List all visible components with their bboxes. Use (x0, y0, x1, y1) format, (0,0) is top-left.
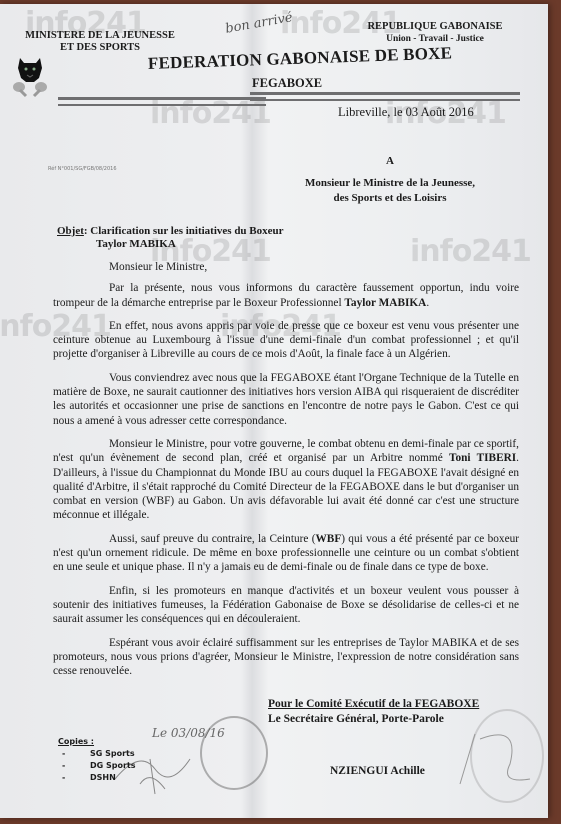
ministry-line-1: MINISTERE DE LA JEUNESSE (20, 30, 180, 42)
copies-block: Copies : -SG Sports -DG Sports -DSHN (58, 736, 136, 784)
copies-list: -SG Sports -DG Sports -DSHN (58, 748, 136, 784)
republic-name: REPUBLIQUE GABONAISE (355, 21, 515, 33)
salutation: Monsieur le Ministre, (53, 260, 519, 274)
federation-acronym: FEGABOXE (252, 76, 322, 91)
ministry-line-2: ET DES SPORTS (20, 42, 180, 54)
recipient-to: A (290, 154, 490, 169)
letter-body: Monsieur le Ministre, Par la présente, n… (53, 260, 519, 687)
subject-block: Objet: Clarification sur les initiatives… (57, 225, 284, 251)
paragraph: Vous conviendrez avec nous que la FEGABO… (53, 371, 519, 428)
subject-line-1: : Clarification sur les initiatives du B… (84, 225, 284, 237)
reference-number: Réf N°001/SG/FGB/08/2016 (48, 166, 117, 172)
recipient-block: A Monsieur le Ministre de la Jeunesse, d… (290, 154, 490, 206)
paragraph: Par la présente, nous vous informons du … (53, 281, 519, 310)
signature-line-1: Pour le Comité Exécutif de la FEGABOXE (268, 697, 479, 712)
subject-label: Objet (57, 225, 84, 237)
paragraph: En effet, nous avons appris par voie de … (53, 319, 519, 362)
paragraph: Aussi, sauf preuve du contraire, la Cein… (53, 532, 519, 575)
handwritten-date: Le 03/08/16 (152, 726, 225, 740)
paragraph: Enfin, si les promoteurs en manque d'act… (53, 584, 519, 627)
handwritten-note: bon arrivé (224, 10, 294, 37)
header-rule (58, 97, 266, 100)
federation-title: FEDERATION GABONAISE DE BOXE (148, 43, 453, 74)
signature-block: Pour le Comité Exécutif de la FEGABOXE L… (268, 697, 479, 727)
header-rule (250, 99, 520, 101)
paragraph: Monsieur le Ministre, pour votre gouvern… (53, 437, 519, 523)
republic-header: REPUBLIQUE GABONAISE Union - Travail - J… (355, 21, 515, 45)
copies-title: Copies : (58, 736, 136, 748)
handwritten-signature-icon (440, 724, 540, 794)
copy-item: -SG Sports (62, 748, 136, 760)
copy-item: -DG Sports (62, 760, 136, 772)
copy-item: -DSHN (62, 772, 136, 784)
recipient-line-1: Monsieur le Ministre de la Jeunesse, (290, 176, 490, 191)
header-rule (58, 104, 266, 106)
recipient-line-2: des Sports et des Loisirs (290, 191, 490, 206)
letter-page: info241 info241 info241 info241 info241 … (0, 4, 548, 818)
letter-date: Libreville, le 03 Août 2016 (338, 105, 474, 120)
ministry-header: MINISTERE DE LA JEUNESSE ET DES SPORTS (20, 30, 180, 54)
signatory-name: NZIENGUI Achille (330, 764, 425, 779)
header-rule (250, 92, 520, 95)
paragraph: Espérant vous avoir éclairé suffisamment… (53, 636, 519, 679)
panther-logo-icon (12, 54, 48, 98)
watermark: info241 (150, 96, 271, 131)
subject-line-2: Taylor MABIKA (57, 238, 284, 251)
